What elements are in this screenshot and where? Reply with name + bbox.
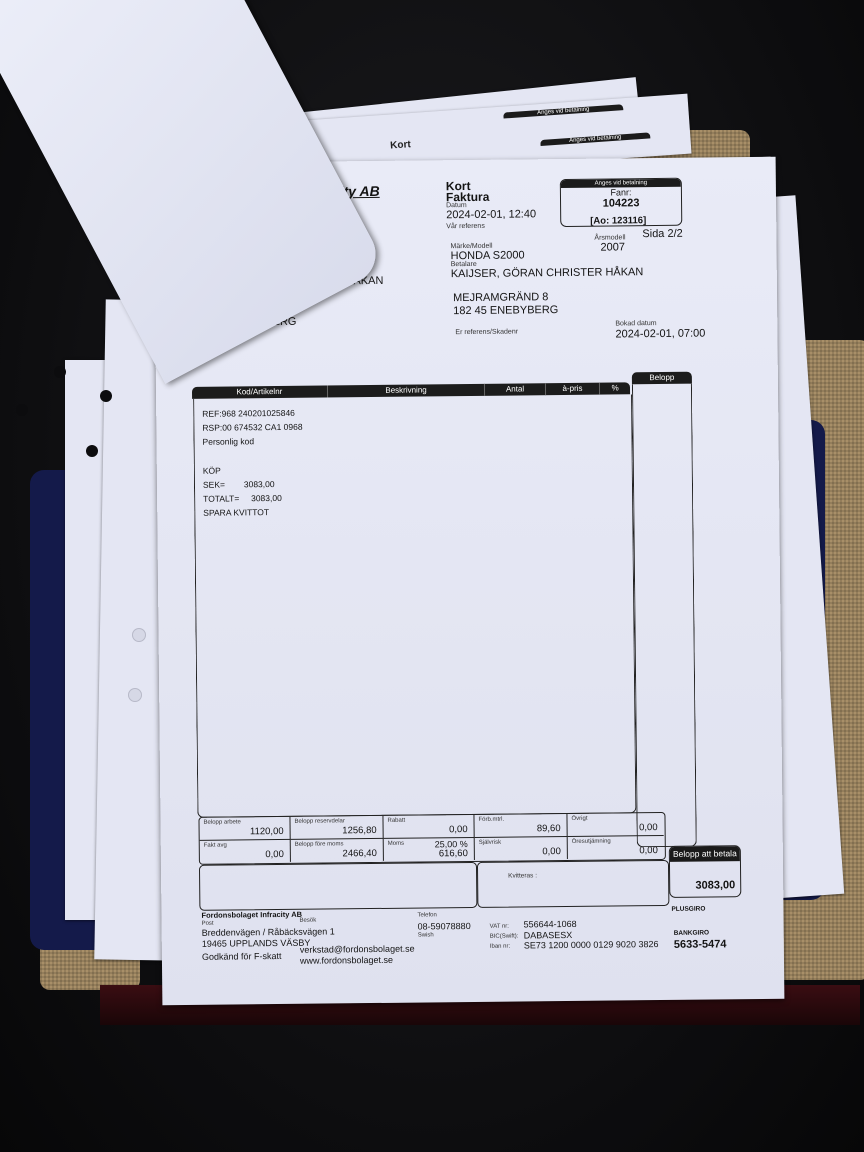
moms-cell: Moms 25,00 % 616,60 xyxy=(384,838,475,861)
footer-swish-label: Swish xyxy=(418,932,434,938)
footer-bic-label: BIC(Swift): xyxy=(490,934,519,940)
footer-telefon: 08-59078880 xyxy=(418,921,471,932)
belopp-reservdelar-value: 1256,80 xyxy=(342,825,376,836)
betalare-address-city: 182 45 ENEBYBERG xyxy=(453,304,558,317)
rabatt-value: 0,00 xyxy=(449,824,468,835)
item-line: RSP:00 674532 CA1 0968 xyxy=(202,422,302,433)
background-payment-header-2: Anges vid betalning xyxy=(540,132,650,146)
footer-iban: SE73 1200 0000 0129 9020 3826 xyxy=(524,939,659,950)
footer-address: Breddenvägen / Råbäcksvägen 1 xyxy=(202,926,335,937)
footer-company: Fordonsbolaget Infracity AB xyxy=(201,910,302,920)
ovrigt-cell: Övrigt 0,00 xyxy=(567,813,663,837)
forb-mtrl-label: Förb.mtrl. xyxy=(478,817,504,823)
footer-besok-label: Besök xyxy=(300,918,317,924)
oresutjamning-label: Öresutjämning xyxy=(572,839,611,845)
punch-hole xyxy=(128,688,142,702)
forb-mtrl-value: 89,60 xyxy=(537,823,561,834)
betalare-address-street: MEJRAMGRÄND 8 xyxy=(453,291,548,304)
footer-vat: 556644-1068 xyxy=(524,919,577,930)
background-payment-header: Anges vid betalning xyxy=(503,104,623,118)
fakt-avg-value: 0,00 xyxy=(265,849,284,860)
items-table-body: REF:968 240201025846 RSP:00 674532 CA1 0… xyxy=(193,394,636,818)
betalare-name: KAIJSER, GÖRAN CHRISTER HÅKAN xyxy=(451,266,644,280)
footer-telefon-label: Telefon xyxy=(417,912,436,918)
punch-hole xyxy=(86,445,98,457)
footer-plusgiro-label: PLUSGIRO xyxy=(671,906,705,913)
rabatt-cell: Rabatt 0,00 xyxy=(383,815,474,839)
amount-due-label: Belopp att betala xyxy=(670,846,740,862)
page-number: Sida 2/2 xyxy=(642,228,682,240)
amount-due-value: 3083,00 xyxy=(695,879,735,891)
oresutjamning-value: 0,00 xyxy=(639,845,658,856)
footer-email[interactable]: verkstad@fordonsbolaget.se xyxy=(300,944,415,955)
bokad-datum-value: 2024-02-01, 07:00 xyxy=(615,328,705,341)
belopp-fore-moms-value: 2466,40 xyxy=(342,848,376,859)
punch-hole xyxy=(100,390,112,402)
bokad-datum-label: Bokad datum xyxy=(615,320,656,327)
sjalvrisk-value: 0,00 xyxy=(542,846,561,857)
col-antal: Antal xyxy=(485,383,546,396)
fakt-avg-cell: Fakt avg 0,00 xyxy=(200,840,291,863)
item-line: SEK= 3083,00 xyxy=(203,479,275,490)
blank-box xyxy=(199,862,477,911)
footer-iban-label: Iban nr: xyxy=(490,944,510,950)
belopp-arbete-value: 1120,00 xyxy=(250,826,284,837)
punch-hole xyxy=(54,366,66,378)
punch-hole xyxy=(16,404,28,416)
belopp-arbete-label: Belopp arbete xyxy=(203,819,240,825)
punch-hole xyxy=(132,628,146,642)
footer-website[interactable]: www.fordonsbolaget.se xyxy=(300,955,393,966)
kvitteras-box: Kvitteras : xyxy=(477,860,669,908)
footer-bankgiro: 5633-5474 xyxy=(674,938,727,951)
rabatt-label: Rabatt xyxy=(387,818,405,824)
col-percent: % xyxy=(600,382,630,394)
item-line: REF:968 240201025846 xyxy=(202,408,295,419)
sjalvrisk-label: Självrisk xyxy=(479,840,501,846)
footer-vat-label: VAT nr: xyxy=(490,924,509,930)
kvitteras-label: Kvitteras : xyxy=(508,872,537,879)
footer-city: 19465 UPPLANDS VÄSBY xyxy=(202,938,311,949)
belopp-fore-moms-label: Belopp före moms xyxy=(295,841,344,848)
oresutjamning-cell: Öresutjämning 0,00 xyxy=(568,836,664,859)
col-belopp: Belopp xyxy=(632,372,692,385)
item-line: SPARA KVITTOT xyxy=(203,507,269,518)
footer-fskatt: Godkänd för F-skatt xyxy=(202,951,282,962)
forb-mtrl-cell: Förb.mtrl. 89,60 xyxy=(474,814,567,838)
ovrigt-value: 0,00 xyxy=(639,822,658,833)
fanr-value: 104223 xyxy=(561,197,681,210)
fakt-avg-label: Fakt avg xyxy=(204,843,227,849)
moms-label: Moms xyxy=(388,841,404,847)
item-line: KÖP xyxy=(203,466,221,476)
item-line: TOTALT= 3083,00 xyxy=(203,493,282,504)
item-line: Personlig kod xyxy=(202,436,254,447)
belopp-arbete-cell: Belopp arbete 1120,00 xyxy=(199,817,290,841)
er-referens-label: Er referens/Skadenr xyxy=(455,328,518,336)
footer-bankgiro-label: BANKGIRO xyxy=(674,930,709,937)
belopp-column-body xyxy=(632,384,697,848)
ovrigt-label: Övrigt xyxy=(571,816,587,822)
col-a-pris: à-pris xyxy=(546,383,601,396)
footer-bic: DABASESX xyxy=(524,930,573,941)
ao-number: [Ao: 123116] xyxy=(590,215,646,227)
footer-post-label: Post xyxy=(202,921,214,927)
moms-value: 616,60 xyxy=(439,848,468,859)
belopp-reservdelar-cell: Belopp reservdelar 1256,80 xyxy=(290,816,383,840)
arsmodell-value: 2007 xyxy=(600,241,625,253)
belopp-reservdelar-label: Belopp reservdelar xyxy=(294,818,344,825)
background-sheet-kort-label: Kort xyxy=(390,139,411,151)
datum-value: 2024-02-01, 12:40 xyxy=(446,208,536,221)
summary-grid: Belopp arbete 1120,00 Belopp reservdelar… xyxy=(198,812,665,865)
var-referens-label: Vår referens xyxy=(446,223,485,230)
sjalvrisk-cell: Självrisk 0,00 xyxy=(475,837,568,860)
belopp-fore-moms-cell: Belopp före moms 2466,40 xyxy=(291,839,384,862)
amount-due-box: Belopp att betala 3083,00 xyxy=(669,845,742,898)
